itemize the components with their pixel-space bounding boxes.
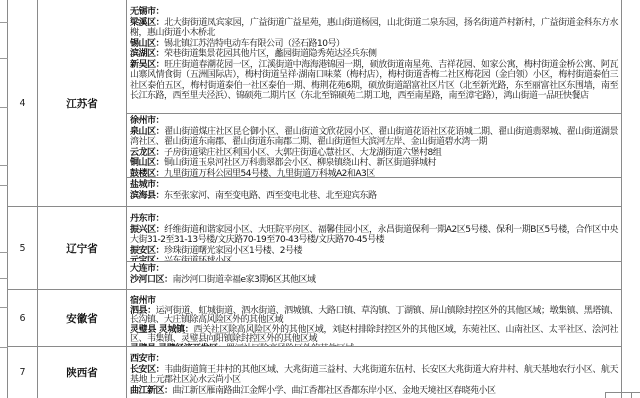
- row-number-cell: 7: [8, 347, 38, 398]
- risk-area-table: 4江苏省无锡市：梁溪区：北大街街道凤宾家园，广益街道广益星苑，惠山街道杨园，山北…: [8, 0, 622, 398]
- district-areas-text: 纤维街道和谐家园小区、大旺院平房区、福馨佳园小区，永昌街道保利一期A2区5号楼、…: [130, 225, 618, 246]
- district-label: 泉山区：: [130, 127, 164, 137]
- table-row: 6安徽省宿州市泗县：运河街道、虹城街道、泗水街道、泗城镇、大路口镇、草沟镇、丁湖…: [8, 290, 622, 347]
- district-entry: 灵璧县 灵城镇：西关社区除高风险区外的其他区域，刘赵村排除封控区外的其他区域，东…: [130, 326, 618, 345]
- table-row: 4江苏省无锡市：梁溪区：北大街街道凤宾家园，广益街道广益星苑，惠山街道杨园，山北…: [8, 0, 622, 207]
- district-entry: 振兴区：纤维街道和谐家园小区、大旺院平房区、福馨佳园小区，永昌街道保利一期A2区…: [130, 225, 618, 246]
- district-areas-text: 西关社区除高风险区外的其他区域，刘赵村排除封控区外的其他区域，东菀社区、山南社区…: [130, 325, 618, 345]
- district-entry: 沙河口区：南沙河口街道幸福e家3期6区其他区域: [130, 275, 618, 286]
- district-entry: 鼓楼区：九里街道万科公园里54号楼、九里街道万科城A2和A3区: [130, 169, 618, 178]
- district-areas-text: 荣巷街道集景花园其他片区，蠡园街道隐秀苑达泾兵东侧: [164, 49, 377, 59]
- district-entry: 滨湖区：荣巷街道集景花园其他片区，蠡园街道隐秀苑达泾兵东侧: [130, 49, 618, 60]
- city-block: 大连市：沙河口区：南沙河口街道幸福e家3期6区其他区域: [127, 261, 621, 289]
- district-entry: 泗县：运河街道、虹城街道、泗水街道、泗城镇、大路口镇、草沟镇、丁湖镇、屏山镇除封…: [130, 307, 618, 326]
- district-areas-text: 南沙河口街道幸福e家3期6区其他区域: [173, 275, 316, 285]
- risk-area-table-page: 4江苏省无锡市：梁溪区：北大街街道凤宾家园，广益街道广益星苑，惠山街道杨园，山北…: [0, 0, 640, 398]
- district-entry: 锡山区：锡北镇江苏浩特电动车有限公司（泾石路10号）: [130, 39, 618, 50]
- district-label: 泗县：: [130, 306, 156, 316]
- district-areas-text: 罗河社区除高风险区外的其他区域: [226, 344, 354, 347]
- district-areas-text: 北大街街道凤宾家园，广益街道广益星苑，惠山街道杨园，山北街道二泉东园，扬名街道芦…: [130, 18, 618, 39]
- table-row: 7陕西省西安市：长安区：韦曲街道简王井村的其他区域、大兆街道三益村、大兆街道东伍…: [8, 347, 622, 398]
- city-title: 盐城市：: [130, 180, 618, 191]
- adjacent-cell-border: [0, 22, 8, 23]
- adjacent-cell-border: [0, 58, 8, 59]
- district-label: 滨海县：: [130, 191, 164, 201]
- district-label: 灵璧县 灵城镇：: [130, 325, 193, 335]
- district-areas-text: 韦曲街道简王井村的其他区域、大兆街道三益村、大兆街道东伍村、长安区大兆街道大府井…: [130, 365, 618, 386]
- city-block: 盐城市：滨海县：东至张家河、南至变电路、西至变电北巷、北至迎宾东路: [127, 177, 621, 206]
- city-block: 丹东市：振兴区：纤维街道和谐家园小区、大旺院平房区、福馨佳园小区，永昌街道保利一…: [127, 207, 621, 261]
- district-areas-text: 曲江新区雁南路曲江金辉小学、曲江香都社区香都东岸小区、金地天境社区春晓苑小区: [173, 386, 496, 396]
- adjacent-cell-border: [0, 252, 8, 253]
- district-entry: 振安区：珍珠街道曙光家园小区1号楼、2号楼: [130, 246, 618, 257]
- province-cell: 陕西省: [38, 347, 127, 398]
- table-row: 5辽宁省丹东市：振兴区：纤维街道和谐家园小区、大旺院平房区、福馨佳园小区，永昌街…: [8, 207, 622, 290]
- district-label: 沙河口区：: [130, 275, 173, 285]
- district-label: 铜山区：: [130, 158, 164, 168]
- province-cell: 辽宁省: [38, 207, 127, 289]
- adjacent-cell-border: [0, 165, 8, 166]
- district-label: 振安区：: [130, 246, 164, 256]
- district-label: 长安区：: [130, 365, 164, 375]
- district-areas-text: 子房街道梁庄社区利国小区、大郭庄街道心慧社区、大龙湖街道六堡村8组: [164, 148, 441, 158]
- district-label: 鼓楼区：: [130, 169, 164, 178]
- district-entry: 灵璧县 灵璧经济开发区：罗河社区除高风险区外的其他区域: [130, 345, 618, 347]
- next-row-partial-border: [631, 392, 632, 398]
- city-block: 徐州市：泉山区：翟山街道煤庄社区昆仑御小区、翟山街道文欣花园小区、翟山街道花语社…: [127, 113, 621, 177]
- district-label: 曲江新区：: [130, 386, 173, 396]
- district-areas-text: 珍珠街道曙光家园小区1号楼、2号楼: [164, 246, 302, 256]
- city-title: 徐州市：: [130, 116, 618, 127]
- district-label: 锡山区：: [130, 39, 164, 49]
- adjacent-cell-border: [0, 278, 8, 279]
- detail-cell: 宿州市泗县：运河街道、虹城街道、泗水街道、泗城镇、大路口镇、草沟镇、丁湖镇、屏山…: [127, 290, 622, 346]
- province-cell: 江苏省: [38, 0, 127, 206]
- district-entry: 曲江新区：曲江新区雁南路曲江金辉小学、曲江香都社区香都东岸小区、金地天境社区春晓…: [130, 386, 618, 397]
- district-entry: 云龙区：子房街道梁庄社区利国小区、大郭庄街道心慧社区、大龙湖街道六堡村8组: [130, 148, 618, 159]
- row-number-cell: 5: [8, 207, 38, 289]
- district-label: 梁溪区：: [130, 18, 164, 28]
- city-title: 大连市：: [130, 264, 618, 275]
- city-block: 西安市：长安区：韦曲街道简王井村的其他区域、大兆街道三益村、大兆街道东伍村、长安…: [127, 347, 621, 398]
- adjacent-cell-border: [0, 307, 8, 308]
- district-areas-text: 翟山街道煤庄社区昆仑御小区、翟山街道文欣花园小区、翟山街道花语社区花语城二期、翟…: [130, 127, 618, 148]
- district-areas-text: 旺庄街道春潮花园一区，江溪街道中海海港锦园一期，硕放街道南星苑、吉祥花园、如家公…: [130, 60, 618, 102]
- district-label: 滨湖区：: [130, 49, 164, 59]
- city-block: 无锡市：梁溪区：北大街街道凤宾家园，广益街道广益星苑，惠山街道杨园，山北街道二泉…: [127, 0, 621, 113]
- district-areas-text: 铜山街道玉泉河社区万科翡翠都会小区、柳泉镇绕山村、新区街道驿城村: [164, 158, 436, 168]
- district-entry: 梁溪区：北大街街道凤宾家园，广益街道广益星苑，惠山街道杨园，山北街道二泉东园，扬…: [130, 18, 618, 39]
- detail-cell: 无锡市：梁溪区：北大街街道凤宾家园，广益街道广益星苑，惠山街道杨园，山北街道二泉…: [127, 0, 622, 206]
- detail-cell: 西安市：长安区：韦曲街道简王井村的其他区域、大兆街道三益村、大兆街道东伍村、长安…: [127, 347, 622, 398]
- row-number-cell: 4: [8, 0, 38, 206]
- district-areas-text: 九里街道万科公园里54号楼、九里街道万科城A2和A3区: [164, 169, 375, 178]
- adjacent-cell-border: [0, 347, 8, 348]
- city-title: 西安市：: [130, 354, 618, 365]
- district-entry: 新吴区：旺庄街道春潮花园一区，江溪街道中海海港锦园一期，硕放街道南星苑、吉祥花园…: [130, 60, 618, 102]
- adjacent-cell-border: [0, 185, 8, 186]
- next-row-partial-border: [605, 392, 606, 398]
- province-cell: 安徽省: [38, 290, 127, 346]
- row-number-cell: 6: [8, 290, 38, 346]
- district-entry: 铜山区：铜山街道玉泉河社区万科翡翠都会小区、柳泉镇绕山村、新区街道驿城村: [130, 158, 618, 169]
- district-label: 灵璧县 灵璧经济开发区：: [130, 344, 226, 347]
- district-label: 新吴区：: [130, 60, 164, 70]
- district-areas-text: 东至张家河、南至变电路、西至变电北巷、北至迎宾东路: [164, 191, 377, 201]
- district-entry: 滨海县：东至张家河、南至变电路、西至变电北巷、北至迎宾东路: [130, 191, 618, 202]
- city-title: 无锡市：: [130, 7, 618, 18]
- city-block: 宿州市泗县：运河街道、虹城街道、泗水街道、泗城镇、大路口镇、草沟镇、丁湖镇、屏山…: [127, 290, 621, 346]
- district-label: 振兴区：: [130, 225, 164, 235]
- district-areas-text: 锡北镇江苏浩特电动车有限公司（泾石路10号）: [164, 39, 344, 49]
- district-entry: 长安区：韦曲街道简王井村的其他区域、大兆街道三益村、大兆街道东伍村、长安区大兆街…: [130, 365, 618, 386]
- next-row-partial-border: [605, 392, 640, 393]
- district-entry: 泉山区：翟山街道煤庄社区昆仑御小区、翟山街道文欣花园小区、翟山街道花语社区花语城…: [130, 127, 618, 148]
- detail-cell: 丹东市：振兴区：纤维街道和谐家园小区、大旺院平房区、福馨佳园小区，永昌街道保利一…: [127, 207, 622, 289]
- district-label: 云龙区：: [130, 148, 164, 158]
- adjacent-cell-border: [0, 107, 8, 108]
- city-title: 丹东市：: [130, 214, 618, 225]
- district-areas-text: 运河街道、虹城街道、泗水街道、泗城镇、大路口镇、草沟镇、丁湖镇、屏山镇除封控区外…: [130, 306, 618, 326]
- cutoff-left-column: [0, 0, 8, 398]
